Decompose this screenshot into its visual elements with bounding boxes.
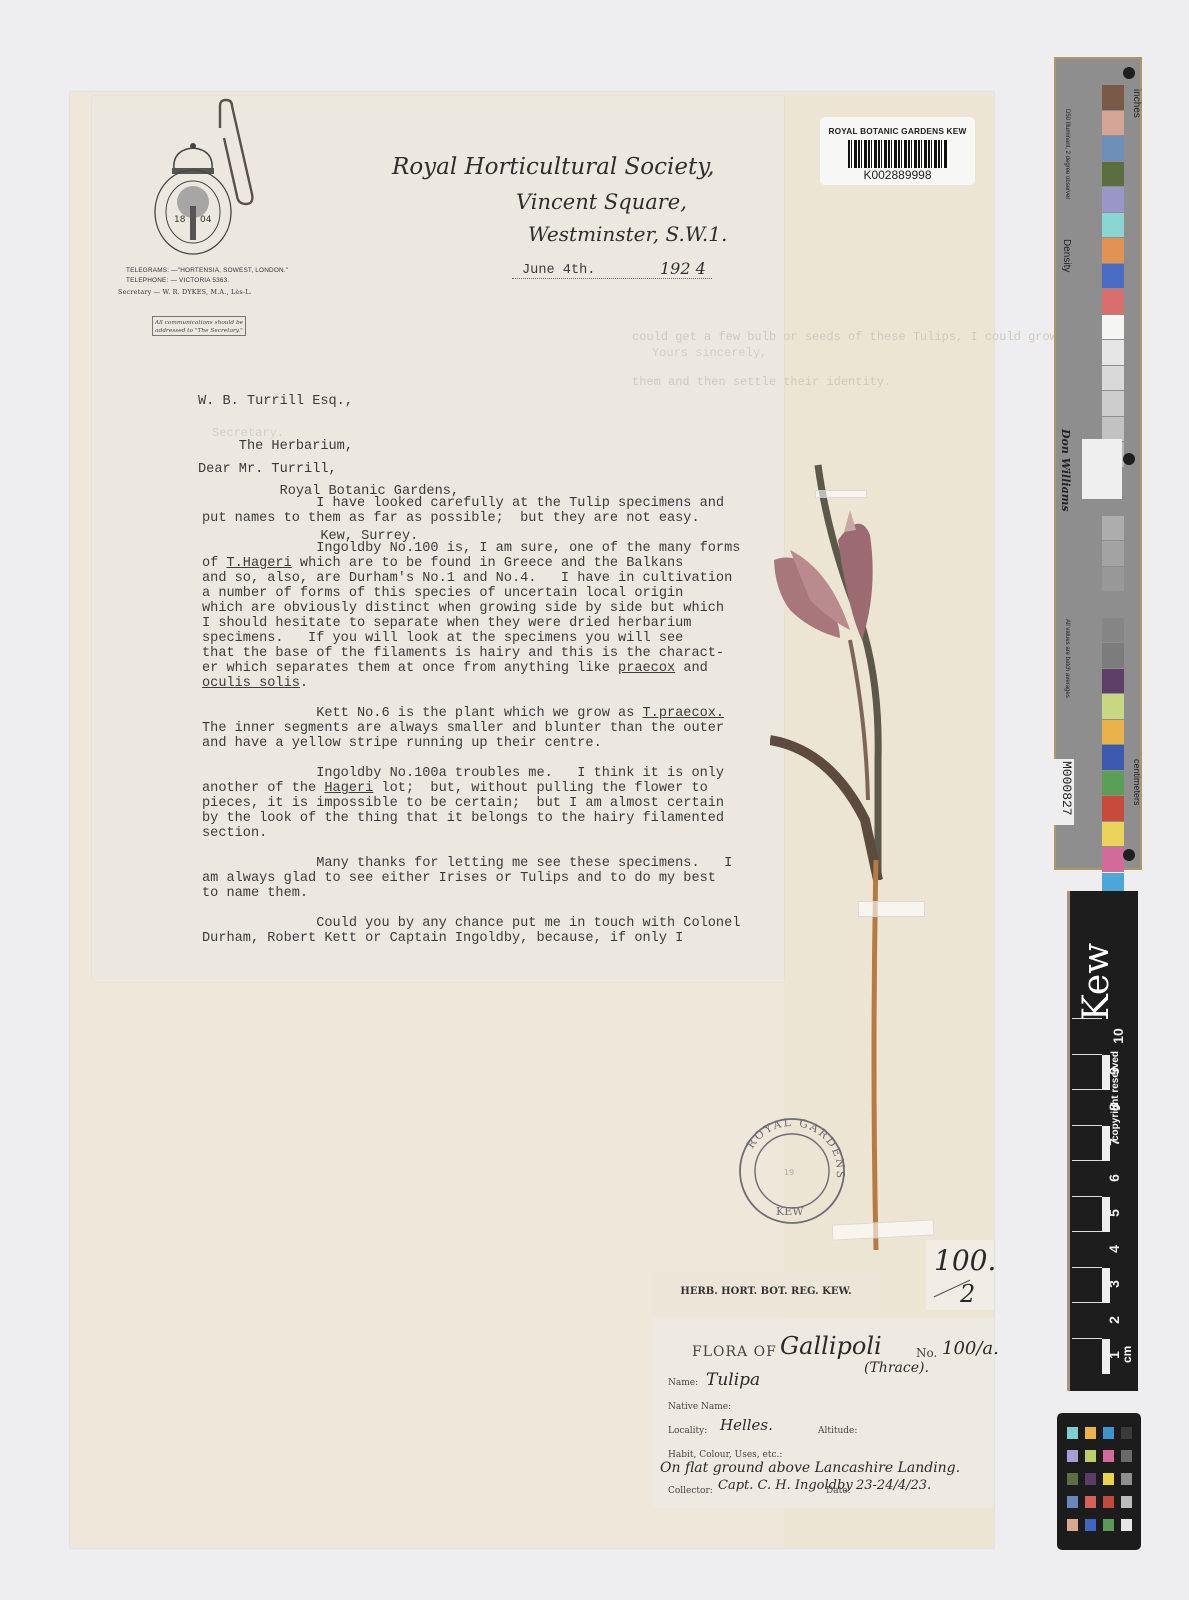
strip-header: D50 Illuminant, 2 degree observer <box>1064 109 1070 199</box>
bleed-line: them and then settle their identity. <box>632 375 1057 390</box>
hole-icon <box>1123 849 1135 861</box>
note-bottom: 2 <box>960 1280 975 1308</box>
flora-region: (Thrace). <box>864 1360 929 1376</box>
letter-page: could get a few bulb or seeds of these T… <box>92 96 784 982</box>
color-patch <box>1102 238 1124 263</box>
date-rule <box>512 278 712 279</box>
strip-id: M000827 <box>1059 761 1074 816</box>
ruler-segment <box>1072 1089 1102 1126</box>
ruler-number: 4 <box>1106 1245 1122 1253</box>
color-card-gray <box>1121 1427 1132 1439</box>
paper-clip-icon <box>210 98 270 208</box>
letter-line: section. <box>202 826 740 841</box>
locality-label: Locality: <box>668 1426 707 1436</box>
address-line-1: Vincent Square, <box>516 190 687 214</box>
kew-brand: Kew <box>1076 943 1117 1021</box>
color-patch <box>1102 340 1124 365</box>
kew-ruler: 12345678910 Kew copyright reserved cm <box>1067 891 1138 1391</box>
letter-line: another of the Hageri lot; but, without … <box>202 781 740 796</box>
density-label: Density <box>1061 239 1072 272</box>
color-patch <box>1102 541 1124 566</box>
ruler-segment <box>1072 1125 1102 1162</box>
color-patch <box>1102 720 1124 745</box>
color-card-cell <box>1085 1496 1096 1508</box>
color-patch <box>1102 85 1124 110</box>
color-card-cell <box>1103 1427 1114 1439</box>
color-card-cell <box>1085 1427 1096 1439</box>
letter-line: Durham, Robert Kett or Captain Ingoldby,… <box>202 931 740 946</box>
svg-text:KEW: KEW <box>776 1205 804 1218</box>
color-patch <box>1102 315 1124 340</box>
communications-notice: All communications should be addressed t… <box>152 316 246 336</box>
ruler-segment <box>1072 1302 1102 1339</box>
color-patch <box>1102 391 1124 416</box>
letter-line: to name them. <box>202 886 740 901</box>
altitude-label: Altitude: <box>818 1426 857 1436</box>
ruler-segment <box>1072 1196 1102 1233</box>
society-name: Royal Horticultural Society, <box>392 154 714 180</box>
ruler-segment <box>1072 1267 1102 1304</box>
letter-line: The inner segments are always smaller an… <box>202 721 740 736</box>
ruler-number: 10 <box>1110 1028 1126 1044</box>
letter-line: Ingoldby No.100 is, I am sure, one of th… <box>202 541 740 556</box>
color-patch <box>1102 162 1124 187</box>
bleed-line: could get a few bulb or seeds of these T… <box>632 330 1057 345</box>
letter-line: and so, also, are Durham's No.1 and No.4… <box>202 571 740 586</box>
color-patch <box>1102 567 1124 592</box>
locality-value: Helles. <box>720 1416 773 1434</box>
cm-unit-label: cm <box>1120 1346 1134 1363</box>
hole-icon <box>1123 453 1135 465</box>
barcode-label: ROYAL BOTANIC GARDENS KEW K002889998 <box>820 117 975 185</box>
secretary-line: Secretary — W. R. DYKES, M.A., Lès-L. <box>118 288 252 296</box>
color-patch <box>1102 136 1124 161</box>
native-name-label: Native Name: <box>668 1402 731 1412</box>
date-value: 23-24/4/23. <box>856 1478 931 1493</box>
ruler-number: 6 <box>1106 1174 1122 1182</box>
addressee-line: W. B. Turrill Esq., <box>198 394 459 409</box>
flora-of-value: Gallipoli <box>780 1332 882 1360</box>
letter-line: er which separates them at once from any… <box>202 661 740 676</box>
address-line-2: Westminster, S.W.1. <box>528 222 727 246</box>
herb-label: HERB. HORT. BOT. REG. KEW. <box>652 1272 880 1312</box>
ruler-segment <box>1072 1018 1102 1055</box>
color-patch <box>1102 264 1124 289</box>
letter-line: that the base of the filaments is hairy … <box>202 646 740 661</box>
letter-line: Ingoldby No.100a troubles me. I think it… <box>202 766 740 781</box>
letter-line: Could you by any chance put me in touch … <box>202 916 740 931</box>
color-card-cell <box>1067 1427 1078 1439</box>
letter-line: Kett No.6 is the plant which we grow as … <box>202 706 740 721</box>
habit-label: Habit, Colour, Uses, etc.: <box>668 1450 782 1460</box>
letter-line: pieces, it is impossible to be certain; … <box>202 796 740 811</box>
royal-gardens-stamp: ROYAL GARDENS KEW 19 <box>736 1115 848 1227</box>
color-patch <box>1102 289 1124 314</box>
flora-of-label: FLORA OF <box>692 1344 777 1360</box>
color-patch <box>1102 643 1124 668</box>
color-patch <box>1102 111 1124 136</box>
color-patch <box>1102 366 1124 391</box>
color-card-cell <box>1085 1450 1096 1462</box>
letter-year: 192 4 <box>660 259 706 278</box>
ruler-segment <box>1072 1338 1102 1375</box>
color-card-cell <box>1085 1473 1096 1485</box>
number-label: No. <box>916 1346 937 1360</box>
habit-value: On flat ground above Lancashire Landing. <box>660 1460 960 1476</box>
color-patch <box>1102 592 1124 617</box>
strip-footer: All values are batch averages <box>1064 619 1070 698</box>
color-calibration-strip: inches centimeters Density Don Williams … <box>1054 57 1142 870</box>
ruler-number: 5 <box>1106 1209 1122 1217</box>
letter-body: I have looked carefully at the Tulip spe… <box>202 496 740 946</box>
telephone-line: TELEPHONE: — VICTORIA 5363. <box>126 277 229 284</box>
barcode-icon <box>848 140 948 168</box>
ruler-number: 2 <box>1106 1316 1122 1324</box>
mounting-tape <box>858 901 925 917</box>
color-card-cell <box>1067 1473 1078 1485</box>
ruler-number: 3 <box>1106 1280 1122 1288</box>
letter-line: specimens. If you will look at the speci… <box>202 631 740 646</box>
color-patch <box>1102 771 1124 796</box>
color-patch <box>1102 516 1124 541</box>
svg-text:18: 18 <box>174 215 186 225</box>
color-patch <box>1102 417 1124 442</box>
barcode-institution: ROYAL BOTANIC GARDENS KEW <box>820 126 975 136</box>
strip-scale-card <box>1082 439 1122 499</box>
flora-label: FLORA OF Gallipoli (Thrace). No. 100/a. … <box>652 1318 994 1508</box>
mounting-tape <box>815 490 867 498</box>
color-card-cell <box>1067 1496 1078 1508</box>
letter-line: am always glad to see either Irises or T… <box>202 871 740 886</box>
name-value: Tulipa <box>706 1370 760 1390</box>
color-patch <box>1102 187 1124 212</box>
strip-brand: Don Williams <box>1059 429 1072 512</box>
date-label: Date: <box>826 1486 851 1496</box>
color-card-cell <box>1085 1519 1096 1531</box>
color-patch <box>1102 213 1124 238</box>
bleed-line: Yours sincerely, <box>652 346 767 361</box>
name-label: Name: <box>668 1378 698 1388</box>
salutation: Dear Mr. Turrill, <box>198 462 337 477</box>
svg-text:19: 19 <box>784 1168 794 1177</box>
cm-label: centimeters <box>1132 759 1142 806</box>
barcode-number: K002889998 <box>820 168 975 182</box>
color-patch <box>1102 796 1124 821</box>
color-card-cell <box>1103 1496 1114 1508</box>
color-card-cell <box>1067 1519 1078 1531</box>
color-card-gray <box>1121 1473 1132 1485</box>
color-card-gray <box>1121 1519 1132 1531</box>
inches-label: inches <box>1131 89 1142 118</box>
color-card-cell <box>1067 1450 1078 1462</box>
color-card-cell <box>1103 1473 1114 1485</box>
letter-line: by the look of the thing that it belongs… <box>202 811 740 826</box>
svg-text:04: 04 <box>200 215 212 225</box>
notice-line: addressed to "The Secretary." <box>153 327 245 335</box>
copyright-label: copyright reserved <box>1110 1051 1121 1141</box>
letter-line: a number of forms of this species of unc… <box>202 586 740 601</box>
note-top: 100. <box>934 1244 996 1277</box>
ruler-segment <box>1072 1160 1102 1197</box>
letter-line: I have looked carefully at the Tulip spe… <box>202 496 740 511</box>
letter-date: June 4th. <box>522 263 595 278</box>
number-value: 100/a. <box>942 1338 999 1359</box>
addressee-line: The Herbarium, <box>198 439 459 454</box>
color-patch <box>1102 694 1124 719</box>
letter-line: which are obviously distinct when growin… <box>202 601 740 616</box>
letter-line: oculis solis. <box>202 676 740 691</box>
color-card-gray <box>1121 1496 1132 1508</box>
ruler-segment <box>1072 1054 1102 1091</box>
color-card-cell <box>1103 1450 1114 1462</box>
color-patch <box>1102 847 1124 872</box>
letter-line: Many thanks for letting me see these spe… <box>202 856 740 871</box>
svg-text:ROYAL GARDENS: ROYAL GARDENS <box>744 1116 847 1181</box>
letter-line: I should hesitate to separate when they … <box>202 616 740 631</box>
collector-label: Collector: <box>668 1486 713 1496</box>
color-patch <box>1102 618 1124 643</box>
color-card-gray <box>1121 1450 1132 1462</box>
letter-line: of T.Hageri which are to be found in Gre… <box>202 556 740 571</box>
telegrams-line: TELEGRAMS: —"HORTENSIA, SOWEST, LONDON." <box>126 267 288 274</box>
letter-line: put names to them as far as possible; bu… <box>202 511 740 526</box>
letter-line: and have a yellow stripe running up thei… <box>202 736 740 751</box>
color-patch <box>1102 669 1124 694</box>
notice-line: All communications should be <box>153 319 245 327</box>
color-card-cell <box>1103 1519 1114 1531</box>
handwritten-note: 100. 2 <box>926 1240 994 1310</box>
hole-icon <box>1123 67 1135 79</box>
color-patch <box>1102 822 1124 847</box>
color-reference-card <box>1057 1413 1141 1550</box>
color-patch <box>1102 745 1124 770</box>
ruler-segment <box>1072 1231 1102 1268</box>
